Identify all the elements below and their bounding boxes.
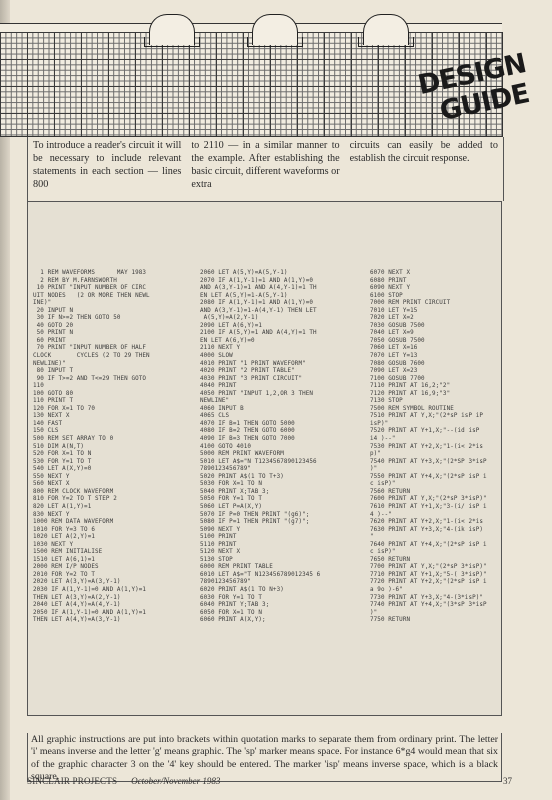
code-line: 5130 STOP [200, 557, 372, 565]
code-line: 7600 PRINT AT Y,X;"(2*sP 3*isP)" [370, 496, 500, 504]
code-line: 7710 PRINT AT Y+1,X;"5-( 3*isP)" [370, 572, 500, 580]
code-line: 7000 REM PRINT CIRCUIT [370, 300, 500, 308]
program-listing: 1 REM WAVEFORMS MAY 1983 2 REM BY M.FARN… [27, 201, 502, 716]
code-line: 7100 GOSUB 7700 [370, 376, 500, 384]
code-line: 7020 LET X=2 [370, 315, 500, 323]
code-line: 1030 NEXT Y [33, 542, 191, 550]
code-line: isP)" [370, 421, 500, 429]
code-line: 5090 NEXT Y [200, 527, 372, 535]
code-line: 5110 PRINT [200, 542, 372, 550]
code-line: 5060 LET P=A(X,Y) [200, 504, 372, 512]
code-line: 4020 PRINT "2 PRINT TABLE" [200, 368, 372, 376]
intro-column-2: to 2110 — in a similar manner to the exa… [186, 137, 344, 201]
code-line: 5100 PRINT [200, 534, 372, 542]
binder-ring-icon [363, 14, 409, 45]
code-line: 500 REM SET ARRAY TO 0 [33, 436, 191, 444]
code-line: 6040 PRINT Y;TAB 3; [200, 602, 372, 610]
code-line: 7530 PRINT AT Y+2,X;"1-(i< 2*is [370, 444, 500, 452]
code-line: 1010 FOR Y=3 TO 6 [33, 527, 191, 535]
code-line: 7040 LET X=9 [370, 330, 500, 338]
code-line: 4060 INPUT B [200, 406, 372, 414]
code-line: i4 )--" [370, 436, 500, 444]
code-line: 7890123456789" [200, 579, 372, 587]
code-line: " [370, 534, 500, 542]
code-line: 7610 PRINT AT Y+1,X;"3-(i/ isP i [370, 504, 500, 512]
code-line: 7540 PRINT AT Y+3,X;"(2*SP 3*isP [370, 459, 500, 467]
code-line: 70 PRINT "INPUT NUMBER OF HALF [33, 345, 191, 353]
code-line: 110 [33, 383, 191, 391]
code-line: 2020 LET A(3,Y)=A(3,Y-1) [33, 579, 191, 587]
code-line: NEWLINE)" [33, 361, 191, 369]
code-line: 5000 REM PRINT WAVEFORM [200, 451, 372, 459]
code-line: 6070 NEXT X [370, 270, 500, 278]
code-line: 7130 STOP [370, 398, 500, 406]
code-line: 6020 PRINT A$(1 TO N+3) [200, 587, 372, 595]
code-line: 6100 STOP [370, 293, 500, 301]
issue-date: October/November 1983 [131, 776, 220, 786]
code-line: 5050 FOR Y=1 TO T [200, 496, 372, 504]
code-line: 2090 LET A(6,Y)=1 [200, 323, 372, 331]
code-line: 7070 LET Y=13 [370, 353, 500, 361]
code-line: 2100 IF A(5,Y)=1 AND A(4,Y)=1 TH [200, 330, 372, 338]
intro-column-1: To introduce a reader's circuit it will … [28, 137, 186, 201]
binder-ring-icon [252, 14, 298, 45]
code-line: p)" [370, 451, 500, 459]
code-line: 7010 LET Y=15 [370, 308, 500, 316]
magazine-name: SINCLAIR PROJECTS [27, 776, 117, 786]
code-line: 4030 PRINT "3 PRINT CIRCUIT" [200, 376, 372, 384]
code-line: 4065 CLS [200, 413, 372, 421]
intro-column-3: circuits can easily be added to establis… [345, 137, 503, 201]
code-line: 1000 REM DATA WAVEFORM [33, 519, 191, 527]
code-line: c isP)" [370, 481, 500, 489]
code-line: 550 NEXT Y [33, 474, 191, 482]
code-line: 7520 PRINT AT Y+1,X;"--(id isP [370, 428, 500, 436]
code-line: 7620 PRINT AT Y+2,X;"1-(i< 2*is [370, 519, 500, 527]
code-line: 2010 FOR Y=2 TO T [33, 572, 191, 580]
code-line: AND A(3,Y-1)=1-A(4,Y-1) THEN LET [200, 308, 372, 316]
code-line: 6000 REM PRINT TABLE [200, 564, 372, 572]
code-line: 7550 PRINT AT Y+4,X;"(2*sP isP i [370, 474, 500, 482]
code-line: 1020 LET A(2,Y)=1 [33, 534, 191, 542]
code-line: 7050 GOSUB 7500 [370, 338, 500, 346]
code-line: 7630 PRINT AT Y+3,X;"4-(ik isP) [370, 527, 500, 535]
code-line: 510 DIM A(N,T) [33, 444, 191, 452]
code-line: 5120 NEXT X [200, 549, 372, 557]
page-number: 37 [503, 776, 512, 786]
code-line: 2110 NEXT Y [200, 345, 372, 353]
code-line: 2030 IF A(1,Y-1)=0 AND A(1,Y)=1 [33, 587, 191, 595]
code-line: 7500 REM SYMBOL ROUTINE [370, 406, 500, 414]
code-line: 7720 PRINT AT Y+2,X;"(2*sP isP i [370, 579, 500, 587]
code-line: 530 FOR Y=1 TO T [33, 459, 191, 467]
code-line: 1500 REM INITIALISE [33, 549, 191, 557]
code-line: 40 GOTO 20 [33, 323, 191, 331]
code-line: 540 LET A(X,Y)=0 [33, 466, 191, 474]
code-line: INE)" [33, 300, 191, 308]
code-line: A(5,Y)=A(2,Y-1) [200, 315, 372, 323]
code-line: UIT NODES (2 OR MORE THEN NEWL [33, 293, 191, 301]
code-line: 4080 IF B=2 THEN GOTO 6000 [200, 428, 372, 436]
code-line: 560 NEXT X [33, 481, 191, 489]
code-line: EN LET A(6,Y)=0 [200, 338, 372, 346]
code-line: 20 INPUT N [33, 308, 191, 316]
code-line: 7740 PRINT AT Y+4,X;"(3*sP 3*isP [370, 602, 500, 610]
code-line: 520 FOR X=1 TO N [33, 451, 191, 459]
code-line: 1 REM WAVEFORMS MAY 1983 [33, 270, 191, 278]
code-line: 120 FOR X=1 TO 70 [33, 406, 191, 414]
listing-column-2: 2060 LET A(5,Y)=A(5,Y-1)2070 IF A(1,Y-1)… [200, 270, 372, 625]
code-line: 7640 PRINT AT Y+4,X;"(2*sP isP i [370, 542, 500, 550]
code-line: 2000 REM I/P NODES [33, 564, 191, 572]
code-line: 2040 LET A(4,Y)=A(4,Y-1) [33, 602, 191, 610]
code-line: 1510 LET A(6,1)=1 [33, 557, 191, 565]
code-line: 830 NEXT Y [33, 512, 191, 520]
code-line: CLOCK CYCLES (2 TO 29 THEN [33, 353, 191, 361]
listing-column-3: 6070 NEXT X6080 PRINT6090 NEXT Y6100 STO… [370, 270, 500, 625]
code-line: 10 PRINT "INPUT NUMBER OF CIRC [33, 285, 191, 293]
code-line: 7030 GOSUB 7500 [370, 323, 500, 331]
code-line: 5040 PRINT X;TAB 3; [200, 489, 372, 497]
code-line: 4100 GOTO 4010 [200, 444, 372, 452]
code-line: EN LET A(5,Y)=1-A(5,Y-1) [200, 293, 372, 301]
intro-text: To introduce a reader's circuit it will … [27, 137, 504, 201]
code-line: 7730 PRINT AT Y+3,X;"4-(3*isP)" [370, 595, 500, 603]
code-line: 4040 PRINT [200, 383, 372, 391]
code-line: 5030 FOR X=1 TO N [200, 481, 372, 489]
code-line: 7560 RETURN [370, 489, 500, 497]
code-line: 6080 PRINT [370, 278, 500, 286]
code-line: 7750 RETURN [370, 617, 500, 625]
code-line: )" [370, 466, 500, 474]
code-line: 2070 IF A(1,Y-1)=1 AND A(1,Y)=0 [200, 278, 372, 286]
code-line: 4000 SLOW [200, 353, 372, 361]
code-line: 60 PRINT [33, 338, 191, 346]
code-line: 6010 LET A$="T N123456789012345 6 [200, 572, 372, 580]
code-line: 4090 IF B=3 THEN GOTO 7000 [200, 436, 372, 444]
code-line: 80 INPUT T [33, 368, 191, 376]
code-line: 2080 IF A(1,Y-1)=1 AND A(1,Y)=0 [200, 300, 372, 308]
code-line: 4 )--" [370, 512, 500, 520]
code-line: 6050 FOR X=1 TO N [200, 610, 372, 618]
code-line: 7510 PRINT AT Y,X;"(2*sP isP iP [370, 413, 500, 421]
page-footer: SINCLAIR PROJECTS October/November 1983 … [27, 776, 512, 786]
code-line: 6090 NEXT Y [370, 285, 500, 293]
code-line: 140 FAST [33, 421, 191, 429]
code-line: 130 NEXT X [33, 413, 191, 421]
code-line: 7060 LET X=16 [370, 345, 500, 353]
code-line: 6030 FOR Y=1 TO T [200, 595, 372, 603]
code-line: 50 PRINT N [33, 330, 191, 338]
code-line: 7080 GOSUB 7600 [370, 361, 500, 369]
code-line: 30 IF N>=2 THEN GOTO 50 [33, 315, 191, 323]
binder-ring-icon [149, 14, 195, 45]
code-line: 5020 PRINT A$(1 TO T+3) [200, 474, 372, 482]
code-line: 7890123456789" [200, 466, 372, 474]
code-line: 6060 PRINT A(X,Y); [200, 617, 372, 625]
listing-column-1: 1 REM WAVEFORMS MAY 1983 2 REM BY M.FARN… [33, 270, 191, 625]
code-line: a 9o )-6" [370, 587, 500, 595]
code-line: 7650 RETURN [370, 557, 500, 565]
code-line: 820 LET A(1,Y)=1 [33, 504, 191, 512]
code-line: 7110 PRINT AT 16,2;"2" [370, 383, 500, 391]
code-line: 4070 IF B=1 THEN GOTO 5000 [200, 421, 372, 429]
code-line: )" [370, 610, 500, 618]
code-line: 4010 PRINT "1 PRINT WAVEFORM" [200, 361, 372, 369]
code-line: 2050 IF A(1,Y-1)=0 AND A(1,Y)=1 [33, 610, 191, 618]
code-line: 5080 IF P=1 THEN PRINT "(g7)"; [200, 519, 372, 527]
code-line: 810 FOR Y=2 TO T STEP 2 [33, 496, 191, 504]
code-line: 800 REM CLOCK WAVEFORM [33, 489, 191, 497]
code-line: THEN LET A(3,Y)=A(2,Y-1) [33, 595, 191, 603]
code-line: c isP)" [370, 549, 500, 557]
code-line: 150 CLS [33, 428, 191, 436]
code-line: 90 IF T>=2 AND T<=29 THEN GOTO [33, 376, 191, 384]
code-line: 7120 PRINT AT 16,9;"3" [370, 391, 500, 399]
code-line: 4050 PRINT "INPUT 1,2,OR 3 THEN [200, 391, 372, 399]
code-line: NEWLINE" [200, 398, 372, 406]
code-line: THEN LET A(4,Y)=A(3,Y-1) [33, 617, 191, 625]
code-line: 100 GOTO 80 [33, 391, 191, 399]
code-line: 2 REM BY M.FARNSWORTH [33, 278, 191, 286]
graphics-note: All graphic instructions are put into br… [27, 733, 502, 782]
code-line: 2060 LET A(5,Y)=A(5,Y-1) [200, 270, 372, 278]
code-line: 110 PRINT T [33, 398, 191, 406]
code-line: 7700 PRINT AT Y,X;"(2*sP 3*isP)" [370, 564, 500, 572]
code-line: 5070 IF P=0 THEN PRINT "(g6)"; [200, 512, 372, 520]
code-line: 7090 LET X=23 [370, 368, 500, 376]
code-line: AND A(3,Y-1)=1 AND A(4,Y-1)=1 TH [200, 285, 372, 293]
code-line: 5010 LET A$="N T1234567890123456 [200, 459, 372, 467]
